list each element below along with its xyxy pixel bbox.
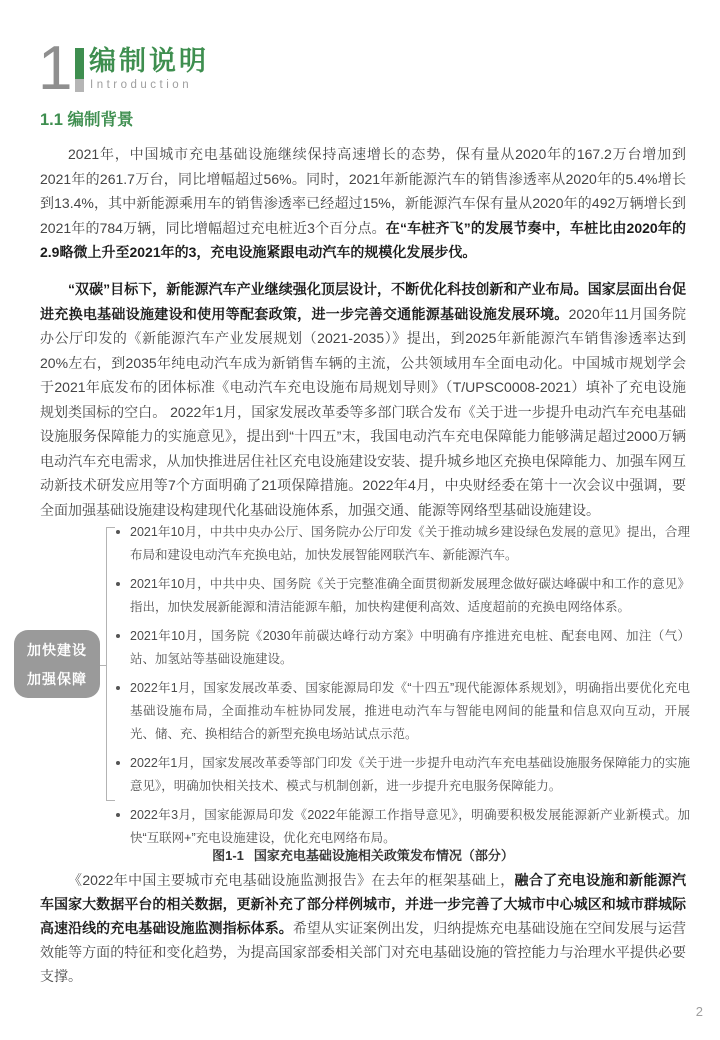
figure-caption: 图1-1国家充电基础设施相关政策发布情况（部分） <box>40 845 686 864</box>
bullet-icon <box>116 761 120 765</box>
chapter-number: 1 <box>38 38 72 100</box>
bullet-icon <box>116 686 120 690</box>
policy-item-5: 2022年1月，国家发展改革委等部门印发《关于进一步提升电动汽车充电基础设施服务… <box>130 752 690 798</box>
policy-item-5-text: 2022年1月，国家发展改革委等部门印发《关于进一步提升电动汽车充电基础设施服务… <box>130 756 690 793</box>
section-heading: 1.1 编制背景 <box>40 106 134 130</box>
policy-item-1: 2021年10月，中共中央办公厅、国务院办公厅印发《关于推动城乡建设绿色发展的意… <box>130 521 690 567</box>
chapter-title: 编制说明 <box>89 45 209 77</box>
policy-side-label: 加快建设 加强保障 <box>14 630 100 698</box>
side-label-line2: 加强保障 <box>27 669 87 689</box>
chapter-accent-bar <box>75 48 84 79</box>
policy-item-3-text: 2021年10月，国务院《2030年前碳达峰行动方案》中明确有序推进充电桩、配套… <box>130 629 690 666</box>
paragraph-2: “双碳”目标下，新能源汽车产业继续强化顶层设计，不断优化科技创新和产业布局。国家… <box>40 277 686 522</box>
paragraph-3-text-a: 《2022年中国主要城市充电基础设施监测报告》在去年的框架基础上， <box>68 872 515 888</box>
bullet-icon <box>116 813 120 817</box>
policy-bracket-connector <box>99 665 107 666</box>
chapter-subtitle: Introduction <box>90 79 192 91</box>
policy-item-6: 2022年3月，国家能源局印发《2022年能源工作指导意见》，明确要积极发展能源… <box>130 804 690 850</box>
figure-caption-text: 国家充电基础设施相关政策发布情况（部分） <box>254 848 514 863</box>
page-number: 2 <box>696 1004 703 1019</box>
policy-item-4: 2022年1月，国家发展改革委、国家能源局印发《“十四五”现代能源体系规划》，明… <box>130 677 690 746</box>
paragraph-1: 2021年，中国城市充电基础设施继续保持高速增长的态势，保有量从2020年的16… <box>40 142 686 265</box>
paragraph-3: 《2022年中国主要城市充电基础设施监测报告》在去年的框架基础上，融合了充电设施… <box>40 868 686 988</box>
bullet-icon <box>116 582 120 586</box>
policy-item-6-text: 2022年3月，国家能源局印发《2022年能源工作指导意见》，明确要积极发展能源… <box>130 808 690 845</box>
policy-item-2: 2021年10月，中共中央、国务院《关于完整准确全面贯彻新发展理念做好碳达峰碳中… <box>130 573 690 619</box>
bullet-icon <box>116 530 120 534</box>
policy-item-1-text: 2021年10月，中共中央办公厅、国务院办公厅印发《关于推动城乡建设绿色发展的意… <box>130 525 690 562</box>
paragraph-2-text: 2020年11月国务院办公厅印发的《新能源汽车产业发展规划（2021-2035）… <box>40 306 686 518</box>
policy-item-3: 2021年10月，国务院《2030年前碳达峰行动方案》中明确有序推进充电桩、配套… <box>130 625 690 671</box>
chapter-accent-bar-shadow <box>75 79 84 92</box>
policy-item-4-text: 2022年1月，国家发展改革委、国家能源局印发《“十四五”现代能源体系规划》，明… <box>130 681 690 741</box>
bullet-icon <box>116 634 120 638</box>
side-label-line1: 加快建设 <box>27 640 87 660</box>
policy-list: 2021年10月，中共中央办公厅、国务院办公厅印发《关于推动城乡建设绿色发展的意… <box>130 521 690 856</box>
figure-caption-label: 图1-1 <box>212 848 244 863</box>
policy-item-2-text: 2021年10月，中共中央、国务院《关于完整准确全面贯彻新发展理念做好碳达峰碳中… <box>130 577 690 614</box>
report-page: 1 编制说明 Introduction 1.1 编制背景 2021年，中国城市充… <box>0 0 720 1040</box>
policy-bracket <box>106 527 115 801</box>
